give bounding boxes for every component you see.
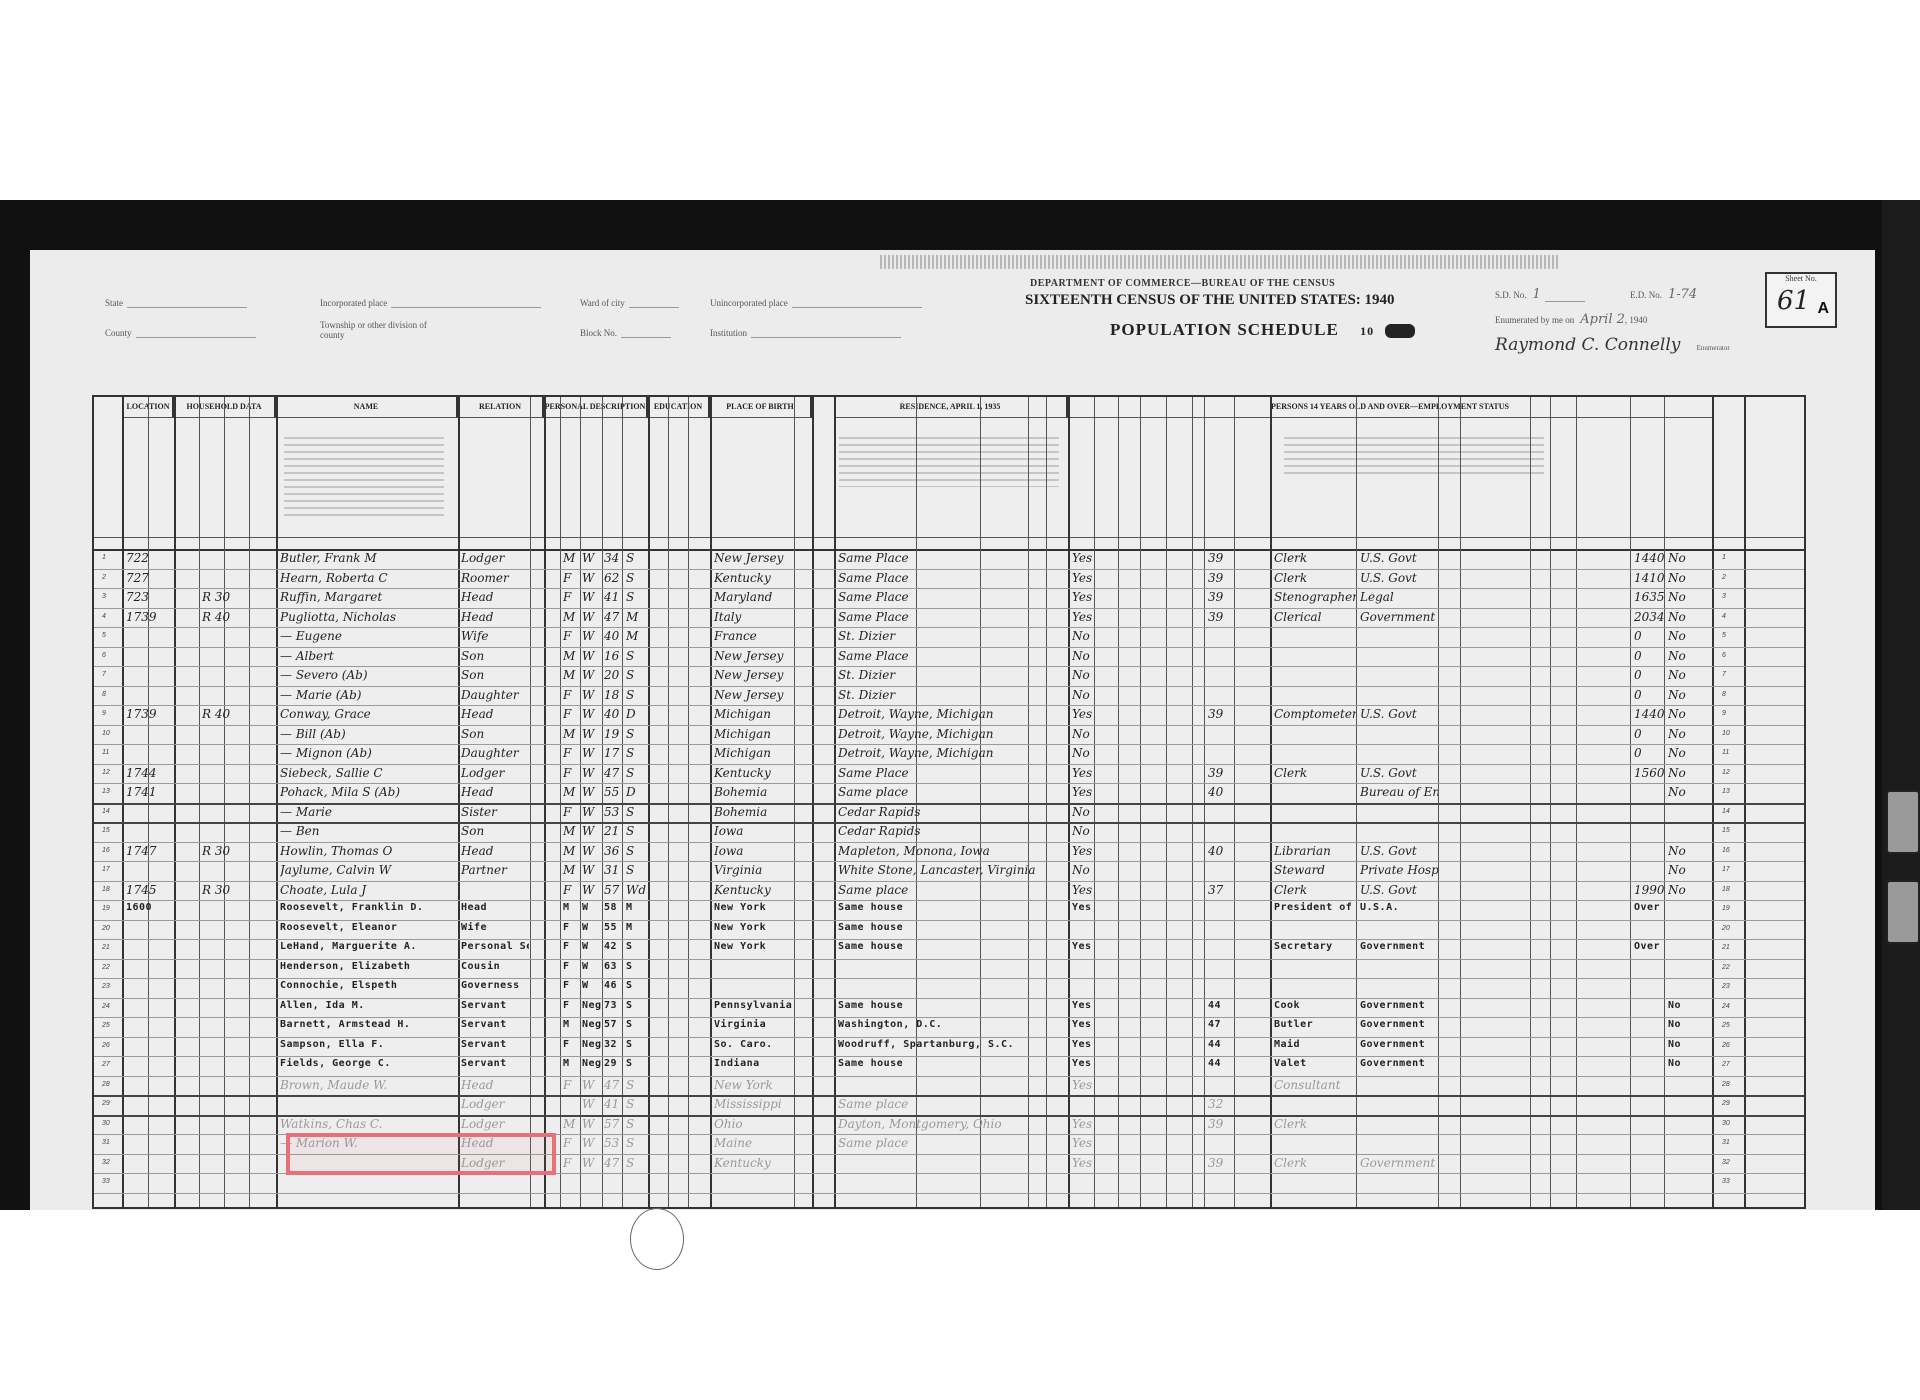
section-location: LOCATION <box>124 397 174 418</box>
industry: Government <box>1360 610 1438 624</box>
residence-1935: Same Place <box>838 766 1066 780</box>
race: W <box>582 1117 602 1131</box>
column-headers: LOCATION HOUSEHOLD DATA NAME RELATION PE… <box>94 397 1804 551</box>
marital-status: Wd <box>626 883 648 897</box>
section-employment-status: PERSONS 14 YEARS OLD AND OVER—EMPLOYMENT… <box>1068 397 1714 418</box>
marital-status: S <box>626 688 648 702</box>
sex: F <box>563 1156 579 1170</box>
relation: Head <box>461 902 529 913</box>
hours-worked: 32 <box>1208 1097 1234 1111</box>
sex: F <box>563 883 579 897</box>
sex: F <box>563 590 579 604</box>
relation: Lodger <box>461 766 529 780</box>
person-name: Pohack, Mila S (Ab) <box>280 785 456 799</box>
race: W <box>582 551 602 565</box>
section-place-of-birth: PLACE OF BIRTH <box>710 397 812 418</box>
other-income: No <box>1668 551 1708 565</box>
place-of-birth: Italy <box>714 610 794 624</box>
income: 0 <box>1634 649 1664 663</box>
line-number: 23 <box>102 983 110 990</box>
sex: M <box>563 902 579 913</box>
other-income: No <box>1668 746 1708 760</box>
person-name: Jaylume, Calvin W <box>280 863 456 877</box>
race: Neg <box>582 1058 602 1069</box>
age: 20 <box>604 668 622 682</box>
house-number: 1739 <box>126 610 174 624</box>
race: W <box>582 571 602 585</box>
table-row: 24 Allen, Ida M. Servant F Neg 73 S Penn… <box>94 998 1804 1019</box>
place-of-birth: France <box>714 629 794 643</box>
marital-status: S <box>626 1156 648 1170</box>
line-number-right: 32 <box>1722 1159 1730 1166</box>
relation: Head <box>461 844 529 858</box>
section-education: EDUCATION <box>648 397 710 418</box>
marital-status: S <box>626 1097 648 1111</box>
marital-status: S <box>626 1058 648 1069</box>
tenure-value: R 30 <box>202 883 272 897</box>
sex: F <box>563 707 579 721</box>
place-of-birth: Indiana <box>714 1058 794 1069</box>
relation: Wife <box>461 629 529 643</box>
occupation: President of <box>1274 902 1356 913</box>
other-income: No <box>1668 766 1708 780</box>
line-number: 31 <box>102 1139 110 1146</box>
table-body: 1 722 Butler, Frank M Lodger M W 34 S Ne… <box>94 549 1804 1207</box>
relation: Lodger <box>461 551 529 565</box>
line-number: 13 <box>102 788 110 795</box>
line-number-right: 29 <box>1722 1100 1730 1107</box>
tenure-value: R 40 <box>202 610 272 624</box>
line-number-right: 11 <box>1722 749 1729 756</box>
incorporated-place-field: Incorporated place <box>320 298 541 308</box>
enumerator-signature: Raymond C. Connelly Enumerator <box>1495 335 1730 355</box>
section-relation: RELATION <box>458 397 544 418</box>
marital-status: S <box>626 727 648 741</box>
age: 21 <box>604 824 622 838</box>
person-name: Siebeck, Sallie C <box>280 766 456 780</box>
line-number: 1 <box>102 554 106 561</box>
residence-1935: Cedar Rapids <box>838 805 1066 819</box>
residence-1935: Washington, D.C. <box>838 1019 1066 1030</box>
residence-1935: Detroit, Wayne, Michigan <box>838 707 1066 721</box>
sex: M <box>563 1019 579 1030</box>
line-number: 19 <box>102 905 110 912</box>
person-name: — Eugene <box>280 629 456 643</box>
marital-status: S <box>626 746 648 760</box>
person-name: Henderson, Elizabeth <box>280 961 456 972</box>
person-name: Watkins, Chas C. <box>280 1117 456 1131</box>
residence-1935: Same house <box>838 902 1066 913</box>
other-income: No <box>1668 707 1708 721</box>
table-row: 8 — Marie (Ab) Daughter F W 18 S New Jer… <box>94 686 1804 707</box>
relation: Governess <box>461 980 529 991</box>
table-row: 2 727 Hearn, Roberta C Roomer F W 62 S K… <box>94 569 1804 590</box>
sex: M <box>563 844 579 858</box>
line-number-right: 2 <box>1722 574 1726 581</box>
residence-1935: Dayton, Montgomery, Ohio <box>838 1117 1066 1131</box>
sex: F <box>563 629 579 643</box>
schedule-title: POPULATION SCHEDULE 10 <box>1110 320 1415 340</box>
race: W <box>582 1156 602 1170</box>
sheet-number-box: Sheet No. 61 A <box>1765 272 1837 328</box>
marital-status: D <box>626 785 648 799</box>
place-of-birth: Virginia <box>714 1019 794 1030</box>
residence-1935: Detroit, Wayne, Michigan <box>838 727 1066 741</box>
place-of-birth: Kentucky <box>714 883 794 897</box>
sex: F <box>563 1039 579 1050</box>
race: Neg <box>582 1000 602 1011</box>
place-of-birth: Kentucky <box>714 1156 794 1170</box>
relation: Son <box>461 824 529 838</box>
line-number-right: 21 <box>1722 944 1730 951</box>
age: 41 <box>604 590 622 604</box>
person-name: Sampson, Ella F. <box>280 1039 456 1050</box>
table-row: 16 1747 R 30 Howlin, Thomas O Head M W 3… <box>94 842 1804 863</box>
occupation: Clerk <box>1274 571 1356 585</box>
age: 47 <box>604 1156 622 1170</box>
place-of-birth: Virginia <box>714 863 794 877</box>
house-number: 727 <box>126 571 174 585</box>
income: 0 <box>1634 668 1664 682</box>
line-number-right: 24 <box>1722 1003 1730 1010</box>
relation: Sister <box>461 805 529 819</box>
relation: Partner <box>461 863 529 877</box>
line-number: 7 <box>102 671 106 678</box>
table-row: 15 — Ben Son M W 21 S Iowa Cedar Rapids … <box>94 822 1804 843</box>
house-number: 1745 <box>126 883 174 897</box>
sd-number: S.D. No.1 <box>1495 287 1585 302</box>
occupation: Cook <box>1274 1000 1356 1011</box>
name-instructions <box>284 437 444 517</box>
age: 40 <box>604 629 622 643</box>
other-income: No <box>1668 571 1708 585</box>
hours-worked: 39 <box>1208 1117 1234 1131</box>
line-number: 14 <box>102 808 110 815</box>
residence-1935: Woodruff, Spartanburg, S.C. <box>838 1039 1066 1050</box>
sex: F <box>563 805 579 819</box>
line-number-right: 30 <box>1722 1120 1730 1127</box>
line-number: 24 <box>102 1003 110 1010</box>
line-number: 33 <box>102 1178 110 1185</box>
occupation: Clerk <box>1274 766 1356 780</box>
relation: Servant <box>461 1019 529 1030</box>
industry: Private Hospital <box>1360 863 1438 877</box>
line-number-right: 14 <box>1722 808 1730 815</box>
relation: Roomer <box>461 571 529 585</box>
race: W <box>582 590 602 604</box>
hours-worked: 47 <box>1208 1019 1234 1030</box>
at-work: No <box>1072 688 1094 702</box>
at-work: Yes <box>1072 1136 1094 1150</box>
section-household-data: HOUSEHOLD DATA <box>174 397 276 418</box>
line-number-right: 23 <box>1722 983 1730 990</box>
marital-status: M <box>626 629 648 643</box>
person-name: Pugliotta, Nicholas <box>280 610 456 624</box>
place-of-birth: Mississippi <box>714 1097 794 1111</box>
hours-worked: 39 <box>1208 571 1234 585</box>
other-income: No <box>1668 844 1708 858</box>
sex: F <box>563 1000 579 1011</box>
at-work: Yes <box>1072 551 1094 565</box>
sex: F <box>563 746 579 760</box>
place-of-birth: Michigan <box>714 746 794 760</box>
relation: Son <box>461 727 529 741</box>
table-row: 18 1745 R 30 Choate, Lula J F W 57 Wd Ke… <box>94 881 1804 902</box>
place-of-birth: So. Caro. <box>714 1039 794 1050</box>
at-work: No <box>1072 727 1094 741</box>
line-number: 2 <box>102 574 106 581</box>
at-work: No <box>1072 668 1094 682</box>
residence-1935: Same house <box>838 1000 1066 1011</box>
residence-1935: St. Dizier <box>838 668 1066 682</box>
race: W <box>582 902 602 913</box>
line-number-right: 15 <box>1722 827 1730 834</box>
table-row: 13 1741 Pohack, Mila S (Ab) Head M W 55 … <box>94 783 1804 805</box>
at-work: No <box>1072 805 1094 819</box>
line-number-right: 20 <box>1722 925 1730 932</box>
relation: Head <box>461 1078 529 1092</box>
place-of-birth: Maryland <box>714 590 794 604</box>
income: 1560 <box>1634 766 1664 780</box>
other-income: No <box>1668 688 1708 702</box>
race: W <box>582 1097 602 1111</box>
person-name: — Albert <box>280 649 456 663</box>
age: 53 <box>604 1136 622 1150</box>
population-table: LOCATION HOUSEHOLD DATA NAME RELATION PE… <box>92 395 1806 1209</box>
tenure-value: R 30 <box>202 844 272 858</box>
occupation-instructions <box>1284 437 1544 477</box>
industry: Bureau of Engraving <box>1360 785 1438 799</box>
race: Neg <box>582 1019 602 1030</box>
table-row: 11 — Mignon (Ab) Daughter F W 17 S Michi… <box>94 744 1804 765</box>
age: 47 <box>604 766 622 780</box>
other-income: No <box>1668 1058 1708 1069</box>
residence-1935: Same house <box>838 941 1066 952</box>
sex: M <box>563 610 579 624</box>
person-name: — Bill (Ab) <box>280 727 456 741</box>
occupation: Librarian <box>1274 844 1356 858</box>
table-row: 30 Watkins, Chas C. Lodger M W 57 S Ohio… <box>94 1115 1804 1136</box>
person-name: Barnett, Armstead H. <box>280 1019 456 1030</box>
line-number-right: 5 <box>1722 632 1726 639</box>
sex: M <box>563 824 579 838</box>
industry: U.S. Govt <box>1360 707 1438 721</box>
race: W <box>582 980 602 991</box>
line-number-right: 1 <box>1722 554 1726 561</box>
hours-worked: 37 <box>1208 883 1234 897</box>
line-number-right: 33 <box>1722 1178 1730 1185</box>
other-income: No <box>1668 610 1708 624</box>
sex: M <box>563 785 579 799</box>
residence-1935: Same Place <box>838 571 1066 585</box>
marital-status: S <box>626 863 648 877</box>
at-work: Yes <box>1072 902 1094 913</box>
occupation: Clerk <box>1274 551 1356 565</box>
line-number: 10 <box>102 730 110 737</box>
line-number-right: 18 <box>1722 886 1730 893</box>
age: 31 <box>604 863 622 877</box>
highlight-roosevelt-row <box>286 1133 556 1175</box>
place-of-birth: Maine <box>714 1136 794 1150</box>
line-number: 29 <box>102 1100 110 1107</box>
tenure-value: R 40 <box>202 707 272 721</box>
section-name: NAME <box>276 397 458 418</box>
line-number: 15 <box>102 827 110 834</box>
marital-status: S <box>626 1136 648 1150</box>
race: W <box>582 668 602 682</box>
age: 29 <box>604 1058 622 1069</box>
age: 73 <box>604 1000 622 1011</box>
person-name: Connochie, Elspeth <box>280 980 456 991</box>
place-of-birth: New York <box>714 941 794 952</box>
at-work: Yes <box>1072 1000 1094 1011</box>
place-of-birth: New Jersey <box>714 668 794 682</box>
place-of-birth: Michigan <box>714 727 794 741</box>
relation: Head <box>461 610 529 624</box>
income: 0 <box>1634 688 1664 702</box>
age: 36 <box>604 844 622 858</box>
occupation: Valet <box>1274 1058 1356 1069</box>
line-number: 11 <box>102 749 109 756</box>
instruction-fine-print <box>880 255 1560 269</box>
residence-1935: White Stone, Lancaster, Virginia <box>838 863 1066 877</box>
hours-worked: 39 <box>1208 1156 1234 1170</box>
sex: M <box>563 668 579 682</box>
age: 16 <box>604 649 622 663</box>
county-field: County <box>105 328 256 338</box>
institution-field: Institution <box>710 328 901 338</box>
table-row: 22 Henderson, Elizabeth Cousin F W 63 S … <box>94 959 1804 980</box>
income: 2034 <box>1634 610 1664 624</box>
marital-status: S <box>626 551 648 565</box>
person-name: LeHand, Marguerite A. <box>280 941 456 952</box>
age: 46 <box>604 980 622 991</box>
at-work: Yes <box>1072 1117 1094 1131</box>
industry: U.S. Govt <box>1360 571 1438 585</box>
table-row: 17 Jaylume, Calvin W Partner M W 31 S Vi… <box>94 861 1804 882</box>
age: 17 <box>604 746 622 760</box>
person-name: Ruffin, Margaret <box>280 590 456 604</box>
industry: U.S. Govt <box>1360 551 1438 565</box>
relation: Daughter <box>461 688 529 702</box>
line-number-right: 27 <box>1722 1061 1730 1068</box>
race: W <box>582 727 602 741</box>
film-edge <box>1882 200 1920 1210</box>
marital-status: S <box>626 941 648 952</box>
age: 55 <box>604 922 622 933</box>
race: W <box>582 746 602 760</box>
place-of-birth: Bohemia <box>714 785 794 799</box>
person-name: Fields, George C. <box>280 1058 456 1069</box>
hours-worked: 40 <box>1208 844 1234 858</box>
person-name: — Mignon (Ab) <box>280 746 456 760</box>
residence-1935: Cedar Rapids <box>838 824 1066 838</box>
at-work: Yes <box>1072 707 1094 721</box>
unincorporated-place-field: Unincorporated place <box>710 298 922 308</box>
table-row: 27 Fields, George C. Servant M Neg 29 S … <box>94 1056 1804 1077</box>
marital-status: M <box>626 610 648 624</box>
line-number: 28 <box>102 1081 110 1088</box>
race: W <box>582 707 602 721</box>
race: W <box>582 941 602 952</box>
table-row: 23 Connochie, Elspeth Governess F W 46 S… <box>94 978 1804 999</box>
marital-status: S <box>626 1000 648 1011</box>
hours-worked: 44 <box>1208 1039 1234 1050</box>
at-work: No <box>1072 649 1094 663</box>
marital-status: S <box>626 980 648 991</box>
relation: Lodger <box>461 1097 529 1111</box>
line-number: 12 <box>102 769 110 776</box>
sex: F <box>563 1136 579 1150</box>
house-number: 1747 <box>126 844 174 858</box>
section-residence-1935: RESIDENCE, APRIL 1, 1935 <box>834 397 1068 418</box>
marital-status: M <box>626 922 648 933</box>
hours-worked: 39 <box>1208 610 1234 624</box>
line-number: 20 <box>102 925 110 932</box>
residence-1935: Mapleton, Monona, Iowa <box>838 844 1066 858</box>
marital-status: S <box>626 1019 648 1030</box>
line-number-right: 22 <box>1722 964 1730 971</box>
place-of-birth: Pennsylvania <box>714 1000 794 1011</box>
at-work: Yes <box>1072 941 1094 952</box>
age: 47 <box>604 610 622 624</box>
place-of-birth: Kentucky <box>714 766 794 780</box>
residence-instructions <box>839 437 1059 487</box>
sex: F <box>563 922 579 933</box>
place-of-birth: New York <box>714 922 794 933</box>
income: 1635 <box>1634 590 1664 604</box>
person-name: Allen, Ida M. <box>280 1000 456 1011</box>
line-number-right: 9 <box>1722 710 1726 717</box>
relation: Son <box>461 649 529 663</box>
occupation: Clerical <box>1274 610 1356 624</box>
at-work: Yes <box>1072 1039 1094 1050</box>
industry: Government <box>1360 1058 1438 1069</box>
age: 57 <box>604 883 622 897</box>
at-work: Yes <box>1072 766 1094 780</box>
person-name: Roosevelt, Franklin D. <box>280 902 456 913</box>
residence-1935: Same place <box>838 883 1066 897</box>
person-name: — Ben <box>280 824 456 838</box>
race: W <box>582 610 602 624</box>
income: 1440 <box>1634 551 1664 565</box>
table-row: 7 — Severo (Ab) Son M W 20 S New Jersey … <box>94 666 1804 687</box>
industry: Government <box>1360 1039 1438 1050</box>
industry: U.S. Govt <box>1360 766 1438 780</box>
place-of-birth: New Jersey <box>714 649 794 663</box>
at-work: Yes <box>1072 883 1094 897</box>
race: W <box>582 844 602 858</box>
residence-1935: Same place <box>838 1136 1066 1150</box>
industry: U.S. Govt <box>1360 883 1438 897</box>
tenure-value: R 30 <box>202 590 272 604</box>
place-of-birth: Michigan <box>714 707 794 721</box>
residence-1935: Detroit, Wayne, Michigan <box>838 746 1066 760</box>
sex: F <box>563 688 579 702</box>
line-number: 17 <box>102 866 110 873</box>
sex: F <box>563 980 579 991</box>
marital-status: S <box>626 590 648 604</box>
relation: Son <box>461 668 529 682</box>
sex: M <box>563 551 579 565</box>
age: 57 <box>604 1019 622 1030</box>
at-work: Yes <box>1072 610 1094 624</box>
residence-1935: St. Dizier <box>838 688 1066 702</box>
line-number-right: 31 <box>1722 1139 1730 1146</box>
person-name: Butler, Frank M <box>280 551 456 565</box>
sex: F <box>563 941 579 952</box>
age: 18 <box>604 688 622 702</box>
